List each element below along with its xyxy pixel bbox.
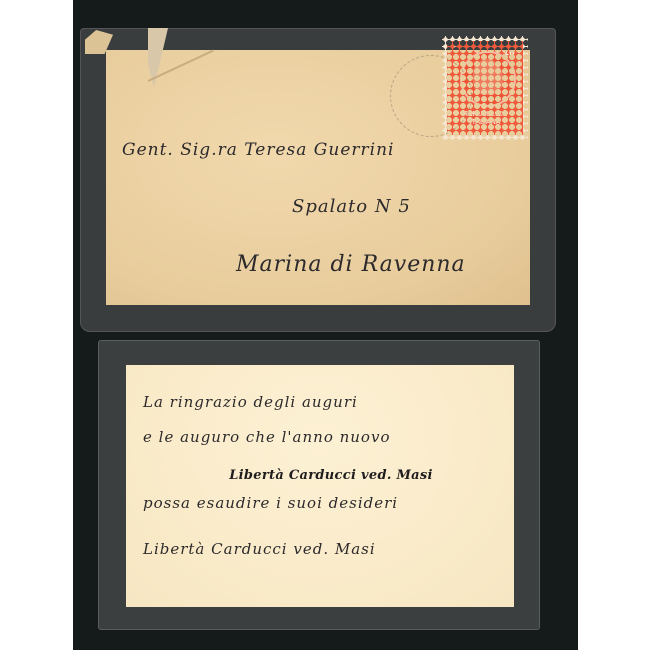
address-street: Spalato N 5: [292, 196, 411, 217]
address-recipient: Gent. Sig.ra Teresa Guerrini: [122, 140, 394, 160]
card-line-1: La ringrazio degli auguri: [143, 393, 358, 411]
stamp-face: L 10 Repubblica Italiana: [447, 41, 523, 135]
printed-name-text: Libertà Carducci ved. Masi: [229, 468, 433, 483]
stamp-country: Repubblica Italiana: [447, 111, 523, 127]
card-line-4: possa esaudire i suoi desideri: [143, 494, 398, 512]
card-line-2: e le auguro che l'anno nuovo: [143, 428, 390, 446]
stamp-currency: L: [454, 46, 458, 53]
postage-stamp: L 10 Repubblica Italiana: [442, 36, 528, 140]
address-city: Marina di Ravenna: [236, 252, 466, 277]
profile-head-icon: [473, 59, 503, 95]
stamp-country-line-1: Repubblica: [447, 111, 523, 119]
printed-name: Libertà Carducci ved. Masi: [0, 468, 650, 483]
card-signature: Libertà Carducci ved. Masi: [143, 540, 376, 558]
stamp-country-line-2: Italiana: [447, 119, 523, 127]
mourning-card: [98, 340, 540, 630]
